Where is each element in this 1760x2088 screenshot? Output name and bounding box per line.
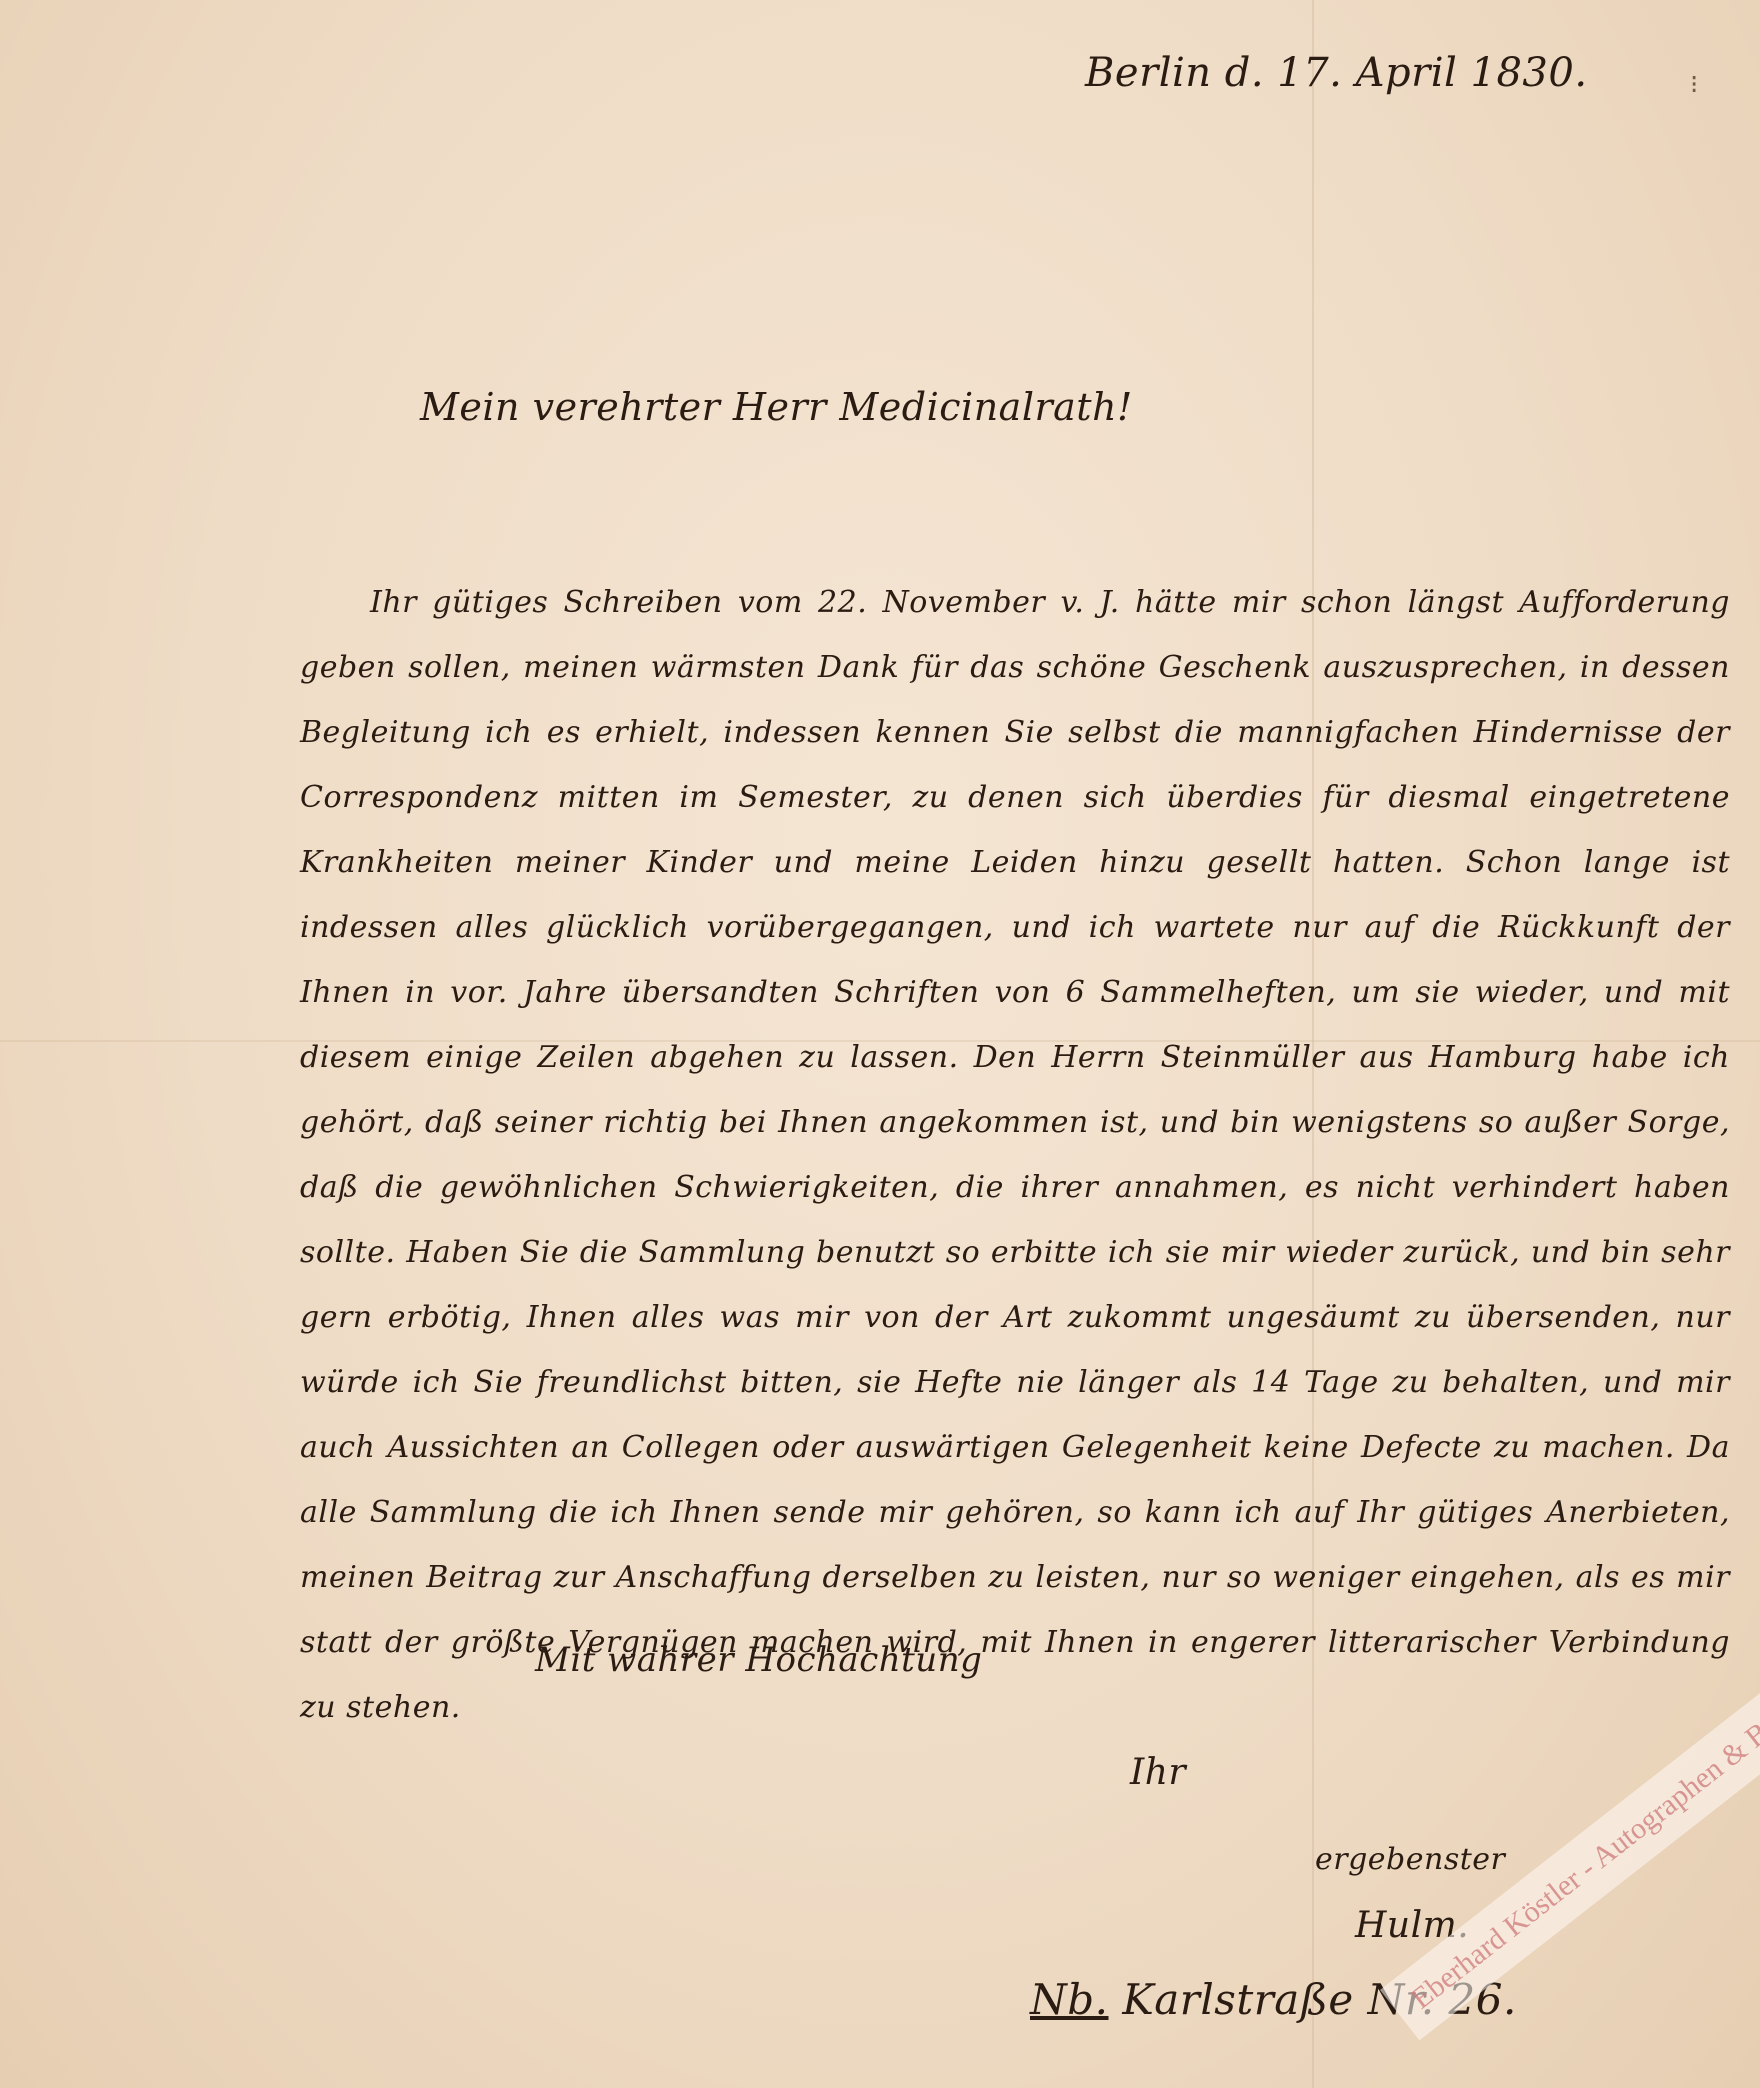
closing: Mit wahrer Hochachtung [535, 1640, 982, 1680]
margin-mark: ⁝ [1690, 70, 1698, 100]
place-date: Berlin d. 17. April 1830. [1085, 50, 1588, 96]
salutation: Mein verehrter Herr Medicinalrath! [420, 385, 1133, 429]
body-paragraph: Ihr gütiges Schreiben vom 22. November v… [300, 570, 1730, 1740]
address-nb: Nb. [1030, 1975, 1109, 2024]
closing-ihr: Ihr [1130, 1752, 1186, 1793]
letter-body: Ihr gütiges Schreiben vom 22. November v… [300, 570, 1730, 1740]
closing-ergebenster: ergebenster [1315, 1842, 1505, 1877]
